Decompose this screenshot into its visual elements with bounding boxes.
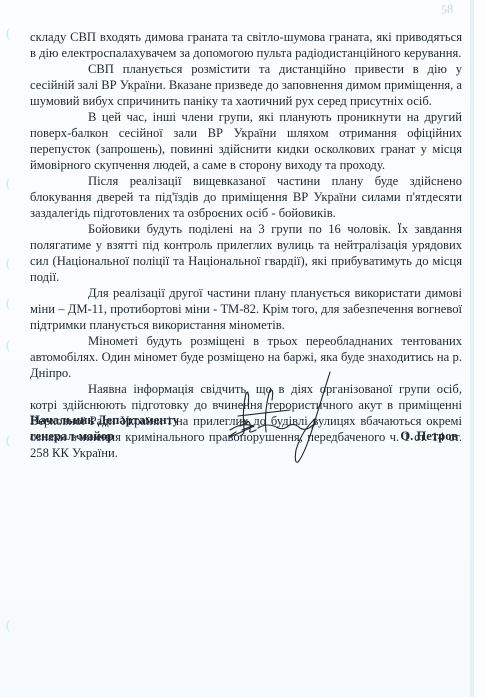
signatory-position: Начальник Департаменту	[30, 412, 179, 428]
signatory-name: О. Петров	[400, 428, 458, 444]
binding-hole-mark	[6, 435, 16, 447]
scan-edge-margin	[474, 0, 486, 697]
paragraph: Після реалізації вищевказаної частини пл…	[30, 173, 462, 221]
paragraph: Бойовики будуть поділені на 3 групи по 1…	[30, 221, 462, 285]
binding-hole-mark	[6, 258, 16, 270]
page-number-mark: 58	[440, 1, 454, 18]
signatory-title: Начальник Департаменту генерал-майор	[30, 412, 179, 444]
handwritten-signature-icon	[212, 370, 337, 465]
paragraph: СВП планується розмістити та дистанційно…	[30, 61, 462, 109]
paragraph: складу СВП входять димова граната та сві…	[30, 29, 462, 61]
binding-hole-mark	[6, 298, 16, 310]
binding-hole-mark	[6, 28, 16, 40]
document-page: 58 складу СВП входять димова граната та …	[0, 0, 486, 697]
binding-hole-mark	[6, 340, 16, 352]
paragraph: Для реалізації другої частини плану план…	[30, 285, 462, 333]
signatory-rank: генерал-майор	[30, 428, 179, 444]
binding-hole-mark	[6, 178, 16, 190]
binding-hole-mark	[6, 620, 16, 632]
paragraph: В цей час, інші члени групи, які плануют…	[30, 109, 462, 173]
